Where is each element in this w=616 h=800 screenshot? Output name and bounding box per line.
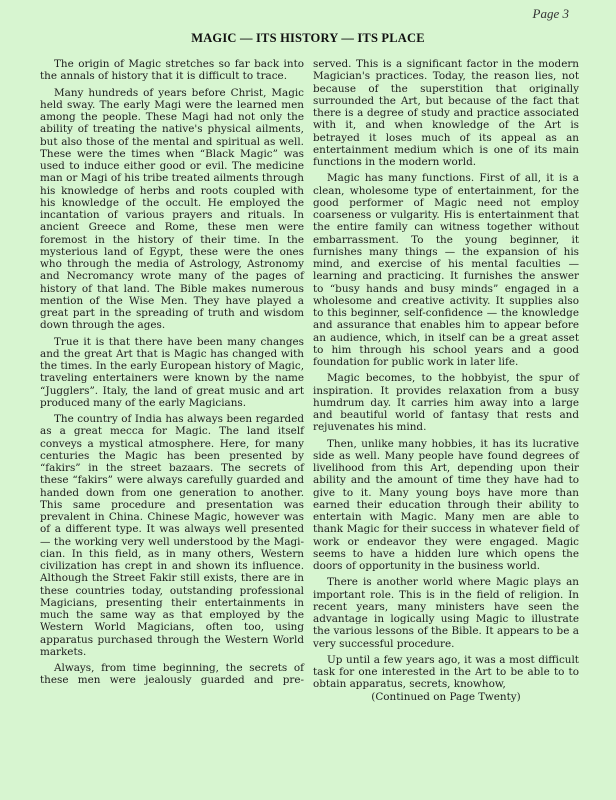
paragraph: Then, unlike many hobbies, it has its lu…	[313, 438, 579, 573]
article-title: MAGIC — ITS HISTORY — ITS PLACE	[0, 31, 616, 46]
continued-note: (Continued on Page Twenty)	[313, 691, 579, 703]
paragraph: Always, from time beginning, the secrets…	[40, 662, 304, 687]
left-column: The origin of Magic stretches so far bac…	[40, 58, 304, 691]
paragraph: The country of India has always been reg…	[40, 413, 304, 658]
paragraph: Up until a few years ago, it was a most …	[313, 654, 579, 691]
paragraph-continuation: served. This is a significant factor in …	[313, 58, 579, 168]
right-column: served. This is a significant factor in …	[313, 58, 579, 703]
paragraph: The origin of Magic stretches so far bac…	[40, 58, 304, 83]
page-number: Page 3	[533, 6, 569, 22]
paragraph: True it is that there have been many cha…	[40, 336, 304, 410]
paragraph: Many hundreds of years before Christ, Ma…	[40, 87, 304, 332]
paragraph: Magic becomes, to the hobbyist, the spur…	[313, 372, 579, 433]
paragraph: Magic has many functions. First of all, …	[313, 172, 579, 368]
paragraph: There is another world where Magic plays…	[313, 576, 579, 650]
